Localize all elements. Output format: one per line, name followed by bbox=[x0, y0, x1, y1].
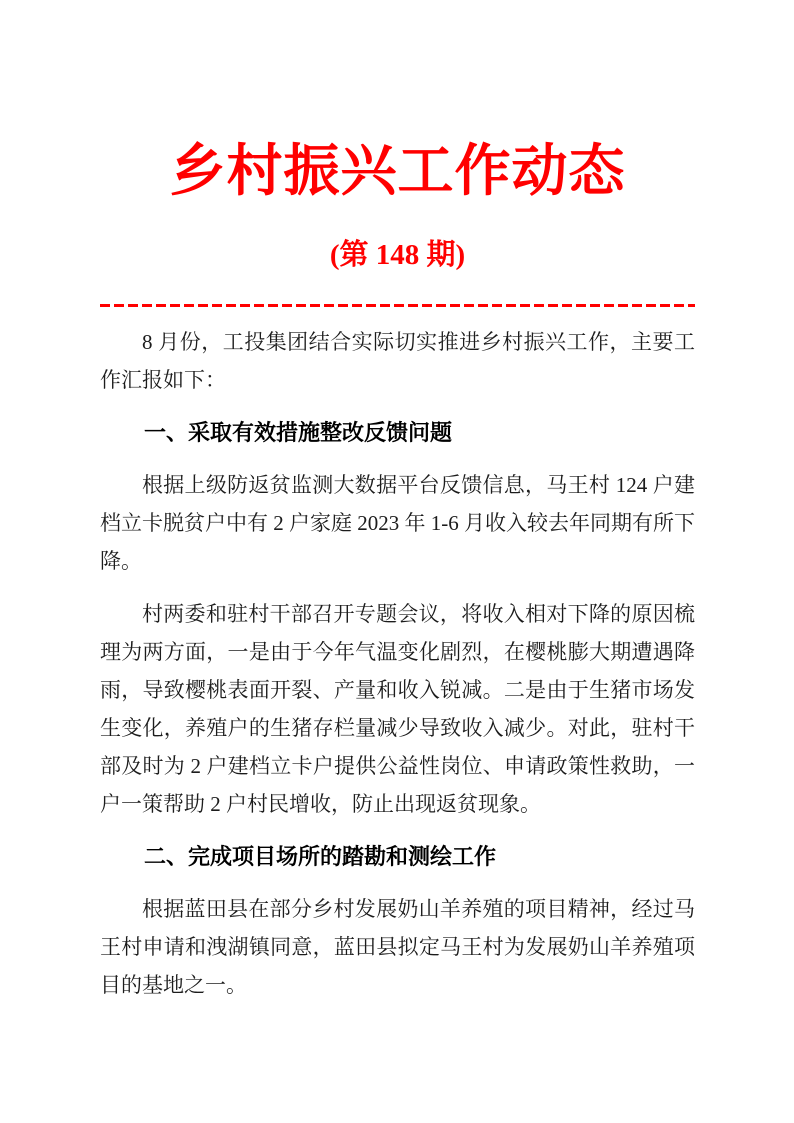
section-1-paragraph-2: 村两委和驻村干部召开专题会议，将收入相对下降的原因梳理为两方面，一是由于今年气温… bbox=[100, 595, 695, 823]
section-1-paragraph-1: 根据上级防返贫监测大数据平台反馈信息，马王村 124 户建档立卡脱贫户中有 2 … bbox=[100, 466, 695, 580]
intro-paragraph: 8 月份，工投集团结合实际切实推进乡村振兴工作，主要工作汇报如下： bbox=[100, 323, 695, 399]
issue-number: (第 148 期) bbox=[100, 240, 695, 270]
section-2-heading: 二、完成项目场所的踏勘和测绘工作 bbox=[100, 838, 695, 876]
section-1-heading: 一、采取有效措施整改反馈问题 bbox=[100, 414, 695, 452]
document-title: 乡村振兴工作动态 bbox=[100, 142, 695, 202]
document-page: 乡村振兴工作动态 (第 148 期) 8 月份，工投集团结合实际切实推进乡村振兴… bbox=[0, 0, 794, 1123]
section-2-paragraph-1: 根据蓝田县在部分乡村发展奶山羊养殖的项目精神，经过马王村申请和洩湖镇同意，蓝田县… bbox=[100, 890, 695, 1004]
dashed-divider bbox=[100, 304, 695, 307]
